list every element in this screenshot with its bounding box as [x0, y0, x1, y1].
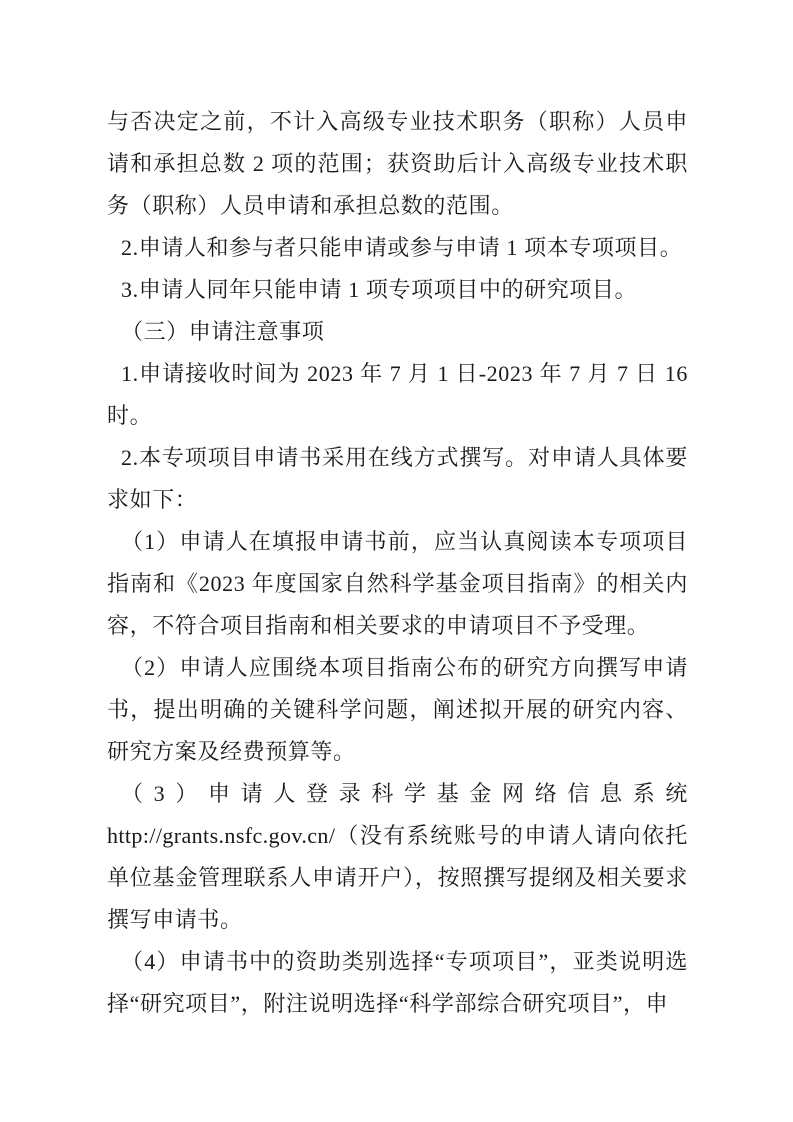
document-page: 与否决定之前，不计入高级专业技术职务（职称）人员申请和承担总数 2 项的范围；获…: [0, 0, 793, 1122]
paragraph-text: 3.申请人同年只能申请 1 项专项项目中的研究项目。: [121, 277, 637, 302]
paragraph: （三）申请注意事项: [107, 311, 688, 353]
paragraph: 1.申请接收时间为 2023 年 7 月 1 日-2023 年 7 月 7 日 …: [107, 353, 688, 437]
paragraph: （3）申请人登录科学基金网络信息系统http://grants.nsfc.gov…: [107, 773, 688, 941]
paragraph-text: （1）申请人在填报申请书前，应当认真阅读本专项项目指南和《2023 年度国家自然…: [107, 529, 688, 638]
paragraph-text: 1.申请接收时间为 2023 年 7 月 1 日-2023 年 7 月 7 日 …: [107, 361, 688, 428]
paragraph: （2）申请人应围绕本项目指南公布的研究方向撰写申请书，提出明确的关键科学问题，阐…: [107, 647, 688, 773]
paragraph: （4）申请书中的资助类别选择“专项项目”，亚类说明选择“研究项目”，附注说明选择…: [107, 941, 688, 1025]
paragraph: 与否决定之前，不计入高级专业技术职务（职称）人员申请和承担总数 2 项的范围；获…: [107, 101, 688, 227]
paragraph-text: （3）申请人登录科学基金网络信息系统: [121, 781, 688, 806]
paragraph: 2.本专项项目申请书采用在线方式撰写。对申请人具体要求如下：: [107, 437, 688, 521]
paragraph: 2.申请人和参与者只能申请或参与申请 1 项本专项项目。: [107, 227, 688, 269]
paragraph-text: （4）申请书中的资助类别选择“专项项目”，亚类说明选择“研究项目”，附注说明选择…: [107, 949, 688, 1016]
paragraph-text: （2）申请人应围绕本项目指南公布的研究方向撰写申请书，提出明确的关键科学问题，阐…: [107, 655, 688, 764]
paragraph-text: （三）申请注意事项: [121, 319, 324, 344]
document-body: 与否决定之前，不计入高级专业技术职务（职称）人员申请和承担总数 2 项的范围；获…: [107, 101, 688, 1025]
paragraph: （1）申请人在填报申请书前，应当认真阅读本专项项目指南和《2023 年度国家自然…: [107, 521, 688, 647]
paragraph-text: 与否决定之前，不计入高级专业技术职务（职称）人员申请和承担总数 2 项的范围；获…: [107, 109, 688, 218]
url-text: http://grants.nsfc.gov.cn/: [107, 823, 335, 848]
paragraph: 3.申请人同年只能申请 1 项专项项目中的研究项目。: [107, 269, 688, 311]
paragraph-text: 2.本专项项目申请书采用在线方式撰写。对申请人具体要求如下：: [107, 445, 688, 512]
paragraph-text: 2.申请人和参与者只能申请或参与申请 1 项本专项项目。: [121, 235, 682, 260]
